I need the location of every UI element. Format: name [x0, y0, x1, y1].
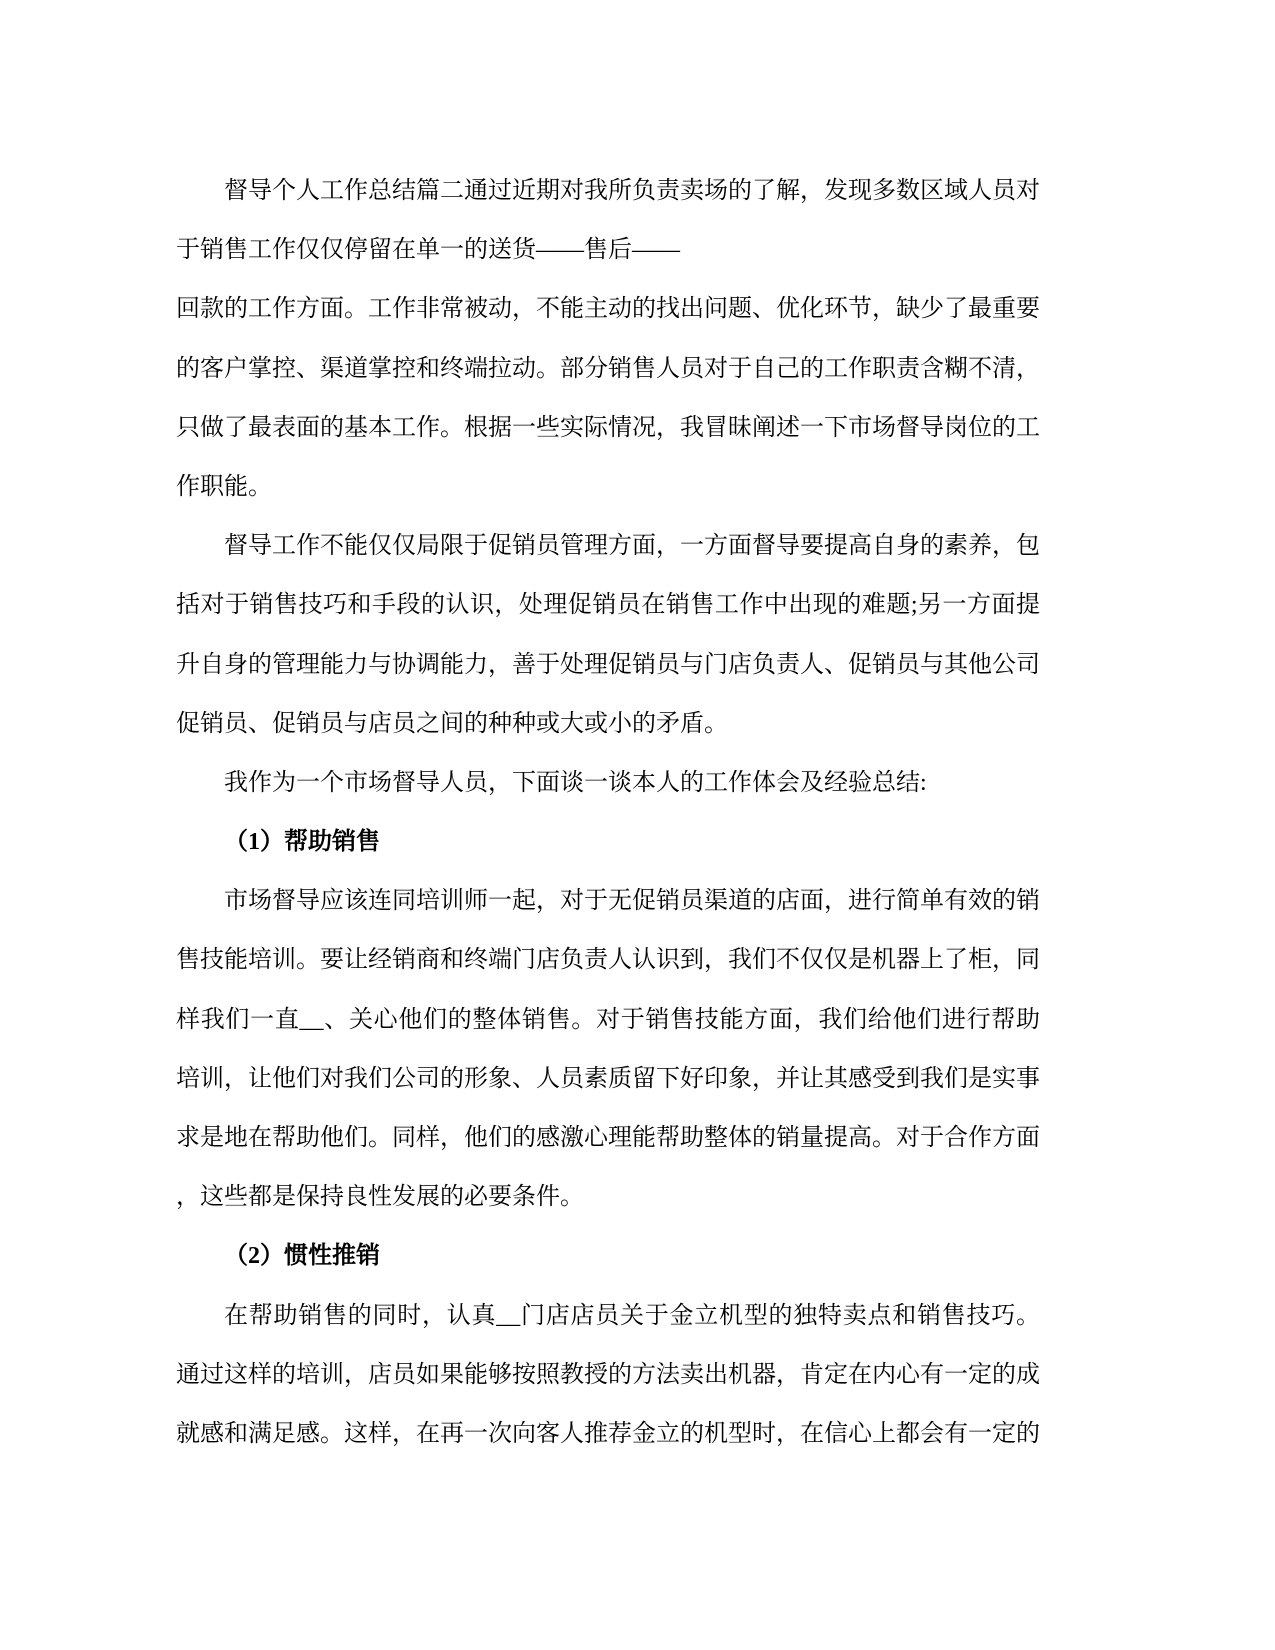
doc-line-04: 的客户掌控、渠道掌控和终端拉动。部分销售人员对于自己的工作职责含糊不清， — [176, 340, 1040, 399]
doc-line-08: 括对于销售技巧和手段的认识，处理促销员在销售工作中出现的难题;另一方面提 — [176, 576, 1040, 635]
doc-line-18: ，这些都是保持良性发展的必要条件。 — [176, 1168, 1040, 1227]
document-body: 督导个人工作总结篇二通过近期对我所负责卖场的了解，发现多数区域人员对 于销售工作… — [176, 162, 1040, 1464]
doc-line-16: 培训，让他们对我们公司的形象、人员素质留下好印象，并让其感受到我们是实事 — [176, 1050, 1040, 1109]
doc-line-14: 售技能培训。要让经销商和终端门店负责人认识到，我们不仅仅是机器上了柜，同 — [176, 931, 1040, 990]
doc-line-11: 我作为一个市场督导人员，下面谈一谈本人的工作体会及经验总结: — [176, 754, 1040, 813]
section-heading-2: （2）惯性推销 — [176, 1227, 1040, 1286]
doc-line-05: 只做了最表面的基本工作。根据一些实际情况，我冒昧阐述一下市场督导岗位的工 — [176, 399, 1040, 458]
doc-line-22: 就感和满足感。这样，在再一次向客人推荐金立的机型时，在信心上都会有一定的 — [176, 1405, 1040, 1464]
doc-line-09: 升自身的管理能力与协调能力，善于处理促销员与门店负责人、促销员与其他公司 — [176, 636, 1040, 695]
doc-line-01: 督导个人工作总结篇二通过近期对我所负责卖场的了解，发现多数区域人员对 — [176, 162, 1040, 221]
doc-line-03: 回款的工作方面。工作非常被动，不能主动的找出问题、优化环节，缺少了最重要 — [176, 280, 1040, 339]
doc-line-20: 在帮助销售的同时，认真__门店店员关于金立机型的独特卖点和销售技巧。 — [176, 1287, 1040, 1346]
doc-line-17: 求是地在帮助他们。同样，他们的感激心理能帮助整体的销量提高。对于合作方面 — [176, 1109, 1040, 1168]
doc-line-02: 于销售工作仅仅停留在单一的送货——售后—— — [176, 221, 1040, 280]
doc-line-06: 作职能。 — [176, 458, 1040, 517]
document-page: 督导个人工作总结篇二通过近期对我所负责卖场的了解，发现多数区域人员对 于销售工作… — [0, 0, 1275, 1650]
section-heading-1: （1）帮助销售 — [176, 813, 1040, 872]
doc-line-07: 督导工作不能仅仅局限于促销员管理方面，一方面督导要提高自身的素养，包 — [176, 517, 1040, 576]
doc-line-10: 促销员、促销员与店员之间的种种或大或小的矛盾。 — [176, 695, 1040, 754]
doc-line-13: 市场督导应该连同培训师一起，对于无促销员渠道的店面，进行简单有效的销 — [176, 872, 1040, 931]
doc-line-15: 样我们一直__、关心他们的整体销售。对于销售技能方面，我们给他们进行帮助 — [176, 991, 1040, 1050]
doc-line-21: 通过这样的培训，店员如果能够按照教授的方法卖出机器，肯定在内心有一定的成 — [176, 1346, 1040, 1405]
